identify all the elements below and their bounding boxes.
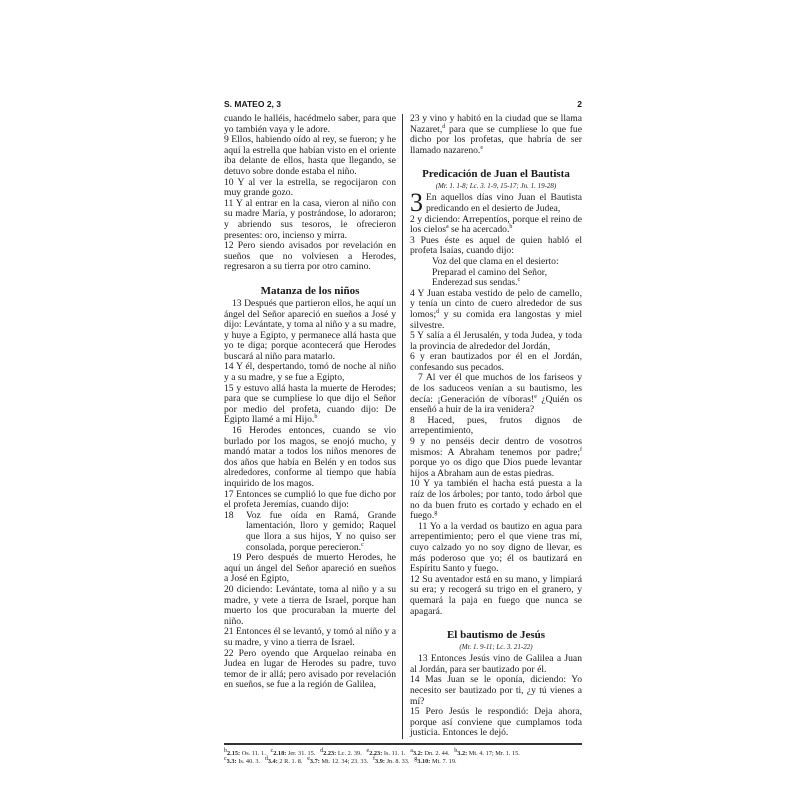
verse-1: En aquellos días vino Juan el Bautista p… bbox=[426, 193, 582, 214]
section-heading-matanza: Matanza de los niños bbox=[224, 285, 396, 297]
verse-9: 9 Ellos, habiendo oído al rey, se fueron… bbox=[224, 135, 396, 177]
footnote-mark: f bbox=[580, 446, 582, 452]
footnote: b3.2: Mt. 4. 17; Mr. 1. 15. bbox=[454, 750, 520, 757]
verse-7: 7 Al ver él que muchos de los fariseos y… bbox=[410, 373, 582, 415]
footnote: f3.9: Jn. 8. 33. bbox=[373, 758, 409, 765]
footnote: b2.15: Os. 11. 1. bbox=[224, 750, 266, 757]
verse-13: 13 Después que partieron ellos, he aquí … bbox=[224, 299, 396, 363]
verse-12: 12 Pero siendo avisados por revelación e… bbox=[224, 241, 396, 273]
verse-4: 4 Y Juan estaba vestido de pelo de camel… bbox=[410, 289, 582, 331]
poem-lines: Voz fue oída en Ramá, Grande lamentación… bbox=[246, 511, 396, 553]
verse-number: 18 bbox=[224, 511, 246, 553]
left-column: cuando le halléis, hacédmelo saber, para… bbox=[224, 114, 402, 739]
footnote: d3.4: 2 R. 1. 8. bbox=[265, 758, 303, 765]
chapter-number: 3 bbox=[410, 193, 423, 214]
footnote-divider bbox=[224, 743, 582, 745]
verse-13: 13 Entonces Jesús vino de Galilea a Juan… bbox=[410, 654, 582, 675]
parallel-references: (Mr. 1. 9-11; Lc. 3. 21-22) bbox=[410, 643, 582, 651]
verse-continuation: cuando le halléis, hacédmelo saber, para… bbox=[224, 114, 396, 135]
footnote-mark: e bbox=[480, 145, 483, 151]
verse-9: 9 y no penséis decir dentro de vosotros … bbox=[410, 437, 582, 479]
chapter-start: 3 En aquellos días vino Juan el Bautista… bbox=[410, 193, 582, 214]
parallel-references: (Mr. 1. 1-8; Lc. 3. 1-9, 15-17; Jn. 1. 1… bbox=[410, 182, 582, 190]
footnotes: b2.15: Os. 11. 1. c2.18: Jer. 31. 15. d2… bbox=[224, 750, 582, 766]
verse-11: 11 Yo a la verdad os bautizo en agua par… bbox=[410, 522, 582, 575]
poem-lines: Voz del que clama en el desierto: Prepar… bbox=[410, 257, 582, 289]
text-columns: cuando le halléis, hacédmelo saber, para… bbox=[224, 114, 582, 739]
right-column: 23 y vino y habitó en la ciudad que se l… bbox=[402, 114, 582, 739]
poem-line: Voz del que clama en el desierto: bbox=[432, 257, 582, 268]
verse-5: 5 Y salía a él Jerusalén, y toda Judea, … bbox=[410, 331, 582, 352]
page-number: 2 bbox=[577, 98, 582, 110]
verse-16: 16 Herodes entonces, cuando se vio burla… bbox=[224, 426, 396, 490]
footnote: c3.3: Is. 40. 3. bbox=[224, 758, 260, 765]
verse-14: 14 Mas Juan se le oponía, diciendo: Yo n… bbox=[410, 675, 582, 707]
verse-12: 12 Su aventador está en su mano, y limpi… bbox=[410, 575, 582, 617]
bible-page: S. MATEO 2, 3 2 cuando le halléis, hacéd… bbox=[224, 98, 582, 766]
verse-14: 14 Y él, despertando, tomó de noche al n… bbox=[224, 362, 396, 383]
verse-8: 8 Haced, pues, frutos dignos de arrepent… bbox=[410, 416, 582, 437]
footnote-mark: b bbox=[314, 414, 317, 420]
poem-line: Voz fue oída en Ramá, bbox=[246, 510, 359, 521]
verse-15: 15 Pero Jesús le respondió: Deja ahora, … bbox=[410, 707, 582, 739]
running-head: S. MATEO 2, 3 2 bbox=[224, 98, 582, 110]
verse-19: 19 Pero después de muerto Herodes, he aq… bbox=[224, 553, 396, 585]
footnote-mark: b bbox=[509, 224, 512, 230]
footnote: d2.23: Lc. 2. 39. bbox=[320, 750, 362, 757]
footnote-mark: c bbox=[518, 277, 521, 283]
section-heading-predicacion: Predicación de Juan el Bautista bbox=[410, 168, 582, 180]
verse-20: 20 diciendo: Levántate, toma al niño y a… bbox=[224, 585, 396, 627]
footnote: g3.10: Mt. 7. 19. bbox=[414, 758, 456, 765]
verse-18: 18 Voz fue oída en Ramá, Grande lamentac… bbox=[224, 511, 396, 553]
verse-10: 10 Y ya también el hacha está puesta a l… bbox=[410, 479, 582, 521]
verse-17: 17 Entonces se cumplió lo que fue dicho … bbox=[224, 490, 396, 511]
footnote-mark: g bbox=[434, 510, 437, 516]
section-heading-bautismo: El bautismo de Jesús bbox=[410, 629, 582, 641]
footnote-mark: c bbox=[361, 541, 364, 547]
verse-11: 11 Y al entrar en la casa, vieron al niñ… bbox=[224, 199, 396, 241]
verse-6: 6 y eran bautizados por él en el Jordán,… bbox=[410, 352, 582, 373]
verse-23: 23 y vino y habitó en la ciudad que se l… bbox=[410, 114, 582, 156]
verse-21: 21 Entonces él se levantó, y tomó al niñ… bbox=[224, 627, 396, 648]
verse-2: 2 y diciendo: Arrepentíos, porque el rei… bbox=[410, 215, 582, 236]
verse-3: 3 Pues éste es aquel de quien habló el p… bbox=[410, 236, 582, 257]
book-chapter-label: S. MATEO 2, 3 bbox=[224, 98, 281, 110]
verse-10: 10 Y al ver la estrella, se regocijaron … bbox=[224, 178, 396, 199]
verse-15: 15 y estuvo allá hasta la muerte de Hero… bbox=[224, 384, 396, 426]
footnote: e3.7: Mt. 12. 34; 23. 33. bbox=[307, 758, 368, 765]
verse-22: 22 Pero oyendo que Arquelao reinaba en J… bbox=[224, 649, 396, 691]
